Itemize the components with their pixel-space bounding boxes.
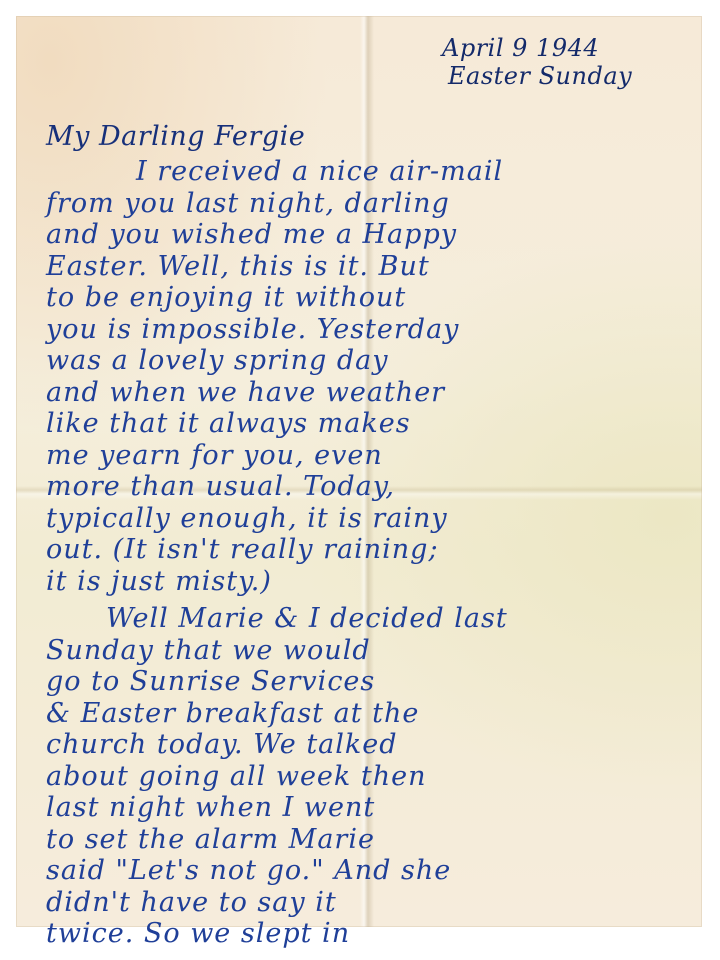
letter-line: & Easter breakfast at the [46,698,716,730]
letter-line: more than usual. Today, [46,471,716,503]
paragraph-1: I received a nice air-mail from you last… [46,156,716,597]
letter-line: to be enjoying it without [46,282,716,314]
letter-line: was a lovely spring day [46,345,716,377]
letter-line: church today. We talked [46,729,716,761]
letter-line: like that it always makes [46,408,716,440]
letter-line: and you wished me a Happy [46,219,716,251]
letter-date: April 9 1944 [442,34,599,62]
letter-line: about going all week then [46,761,716,793]
letter-paper: April 9 1944 Easter Sunday My Darling Fe… [16,16,702,927]
letter-line: twice. So we slept in [46,918,716,950]
letter-line: last night when I went [46,792,716,824]
letter-line: didn't have to say it [46,887,716,919]
letter-body: I received a nice air-mail from you last… [46,156,716,950]
letter-line: said "Let's not go." And she [46,855,716,887]
letter-line: I received a nice air-mail [46,156,716,188]
letter-line: out. (It isn't really raining; [46,534,716,566]
letter-line: to set the alarm Marie [46,824,716,856]
letter-salutation: My Darling Fergie [46,121,305,153]
letter-line: Easter. Well, this is it. But [46,251,716,283]
letter-occasion: Easter Sunday [442,62,632,90]
letter-line: and when we have weather [46,377,716,409]
letter-line: typically enough, it is rainy [46,503,716,535]
letter-date-block: April 9 1944 Easter Sunday [442,34,632,90]
letter-line: me yearn for you, even [46,440,716,472]
letter-line: it is just misty.) [46,566,716,598]
letter-line: Well Marie & I decided last [46,603,716,635]
paragraph-2: Well Marie & I decided last Sunday that … [46,603,716,950]
letter-line: Sunday that we would [46,635,716,667]
letter-line: you is impossible. Yesterday [46,314,716,346]
letter-line: from you last night, darling [46,188,716,220]
letter-line: go to Sunrise Services [46,666,716,698]
